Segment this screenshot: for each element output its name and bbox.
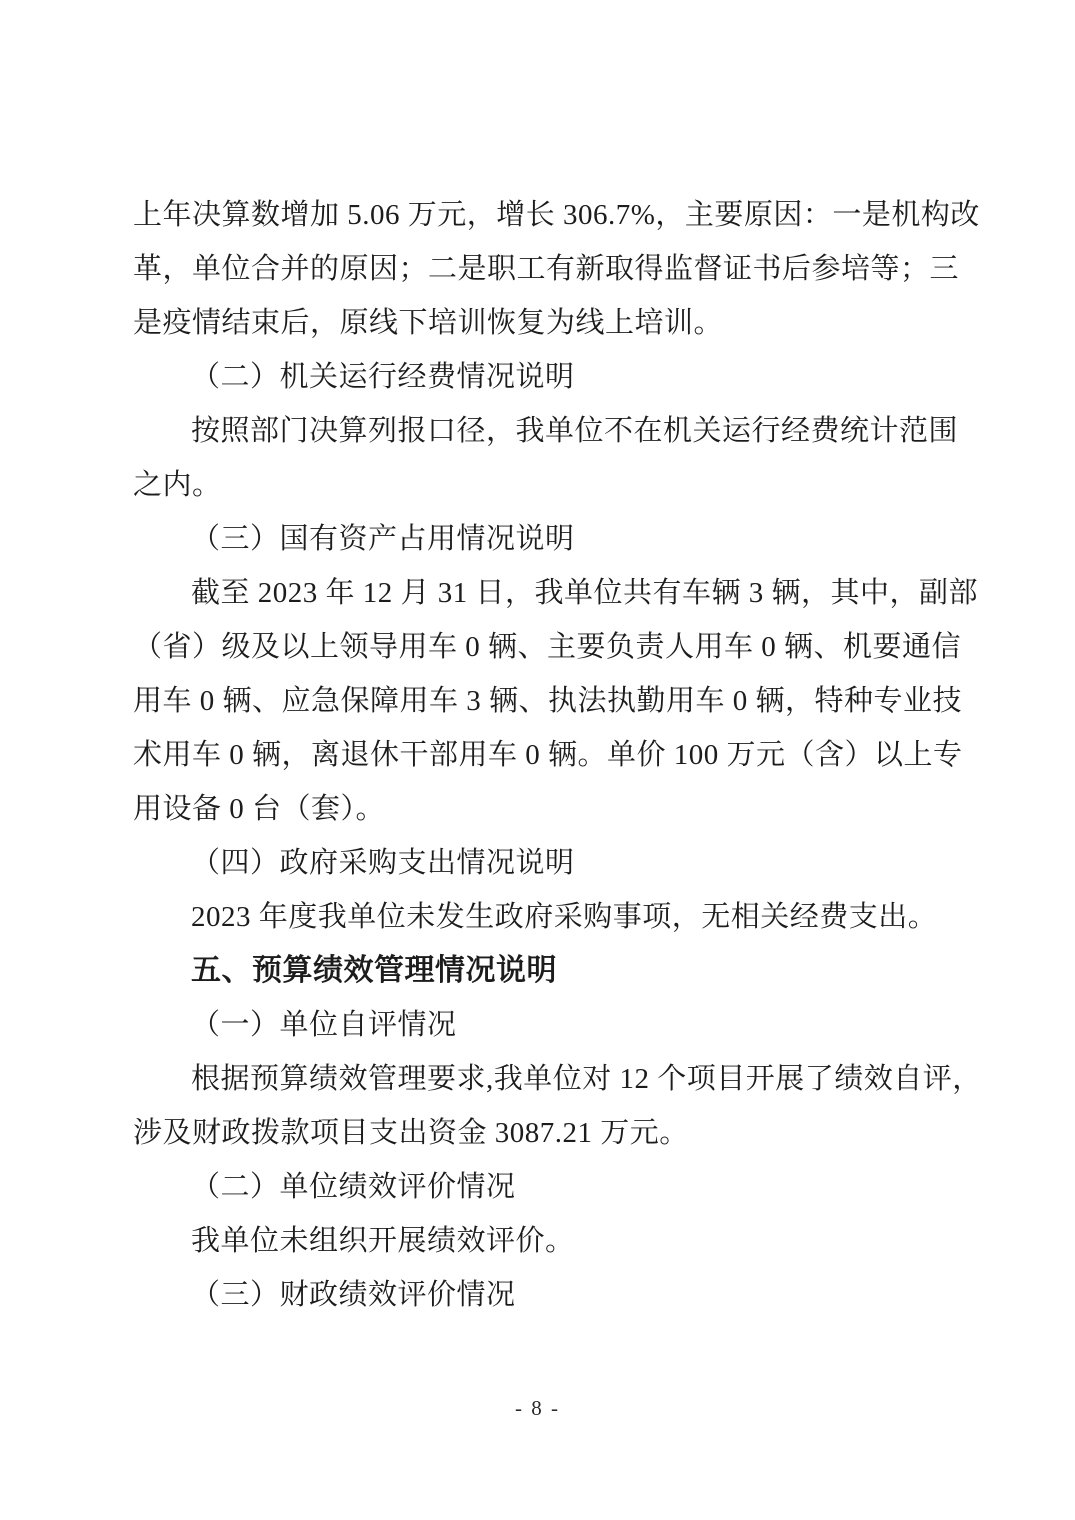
subsection-heading: （三）财政绩效评价情况 xyxy=(133,1268,948,1322)
page-number: - 8 - xyxy=(515,1396,560,1420)
body-text-line: 术用车 0 辆，离退休干部用车 0 辆。单价 100 万元（含）以上专 xyxy=(133,728,948,782)
document-page: 上年决算数增加 5.06 万元，增长 306.7%，主要原因：一是机构改革，单位… xyxy=(0,0,1075,1520)
subsection-heading: （一）单位自评情况 xyxy=(133,998,948,1052)
body-text-line: 上年决算数增加 5.06 万元，增长 306.7%，主要原因：一是机构改 xyxy=(133,188,948,242)
body-text-line: 革，单位合并的原因；二是职工有新取得监督证书后参培等；三 xyxy=(133,242,948,296)
body-text-line: 涉及财政拨款项目支出资金 3087.21 万元。 xyxy=(133,1106,948,1160)
subsection-heading: （二）单位绩效评价情况 xyxy=(133,1160,948,1214)
document-body: 上年决算数增加 5.06 万元，增长 306.7%，主要原因：一是机构改革，单位… xyxy=(133,188,948,1322)
subsection-heading: （四）政府采购支出情况说明 xyxy=(133,836,948,890)
subsection-heading: （三）国有资产占用情况说明 xyxy=(133,512,948,566)
body-text-line: 用设备 0 台（套）。 xyxy=(133,782,948,836)
body-text-line: 根据预算绩效管理要求,我单位对 12 个项目开展了绩效自评， xyxy=(133,1052,948,1106)
section-heading: 五、预算绩效管理情况说明 xyxy=(133,944,948,998)
body-text-line: 是疫情结束后，原线下培训恢复为线上培训。 xyxy=(133,296,948,350)
body-text-line: 用车 0 辆、应急保障用车 3 辆、执法执勤用车 0 辆，特种专业技 xyxy=(133,674,948,728)
body-text-line: 我单位未组织开展绩效评价。 xyxy=(133,1214,948,1268)
body-text-line: 2023 年度我单位未发生政府采购事项，无相关经费支出。 xyxy=(133,890,948,944)
subsection-heading: （二）机关运行经费情况说明 xyxy=(133,350,948,404)
page-footer: - 8 - xyxy=(0,1396,1075,1421)
body-text-line: 之内。 xyxy=(133,458,948,512)
body-text-line: 按照部门决算列报口径，我单位不在机关运行经费统计范围 xyxy=(133,404,948,458)
body-text-line: （省）级及以上领导用车 0 辆、主要负责人用车 0 辆、机要通信 xyxy=(133,620,948,674)
body-text-line: 截至 2023 年 12 月 31 日，我单位共有车辆 3 辆，其中，副部 xyxy=(133,566,948,620)
